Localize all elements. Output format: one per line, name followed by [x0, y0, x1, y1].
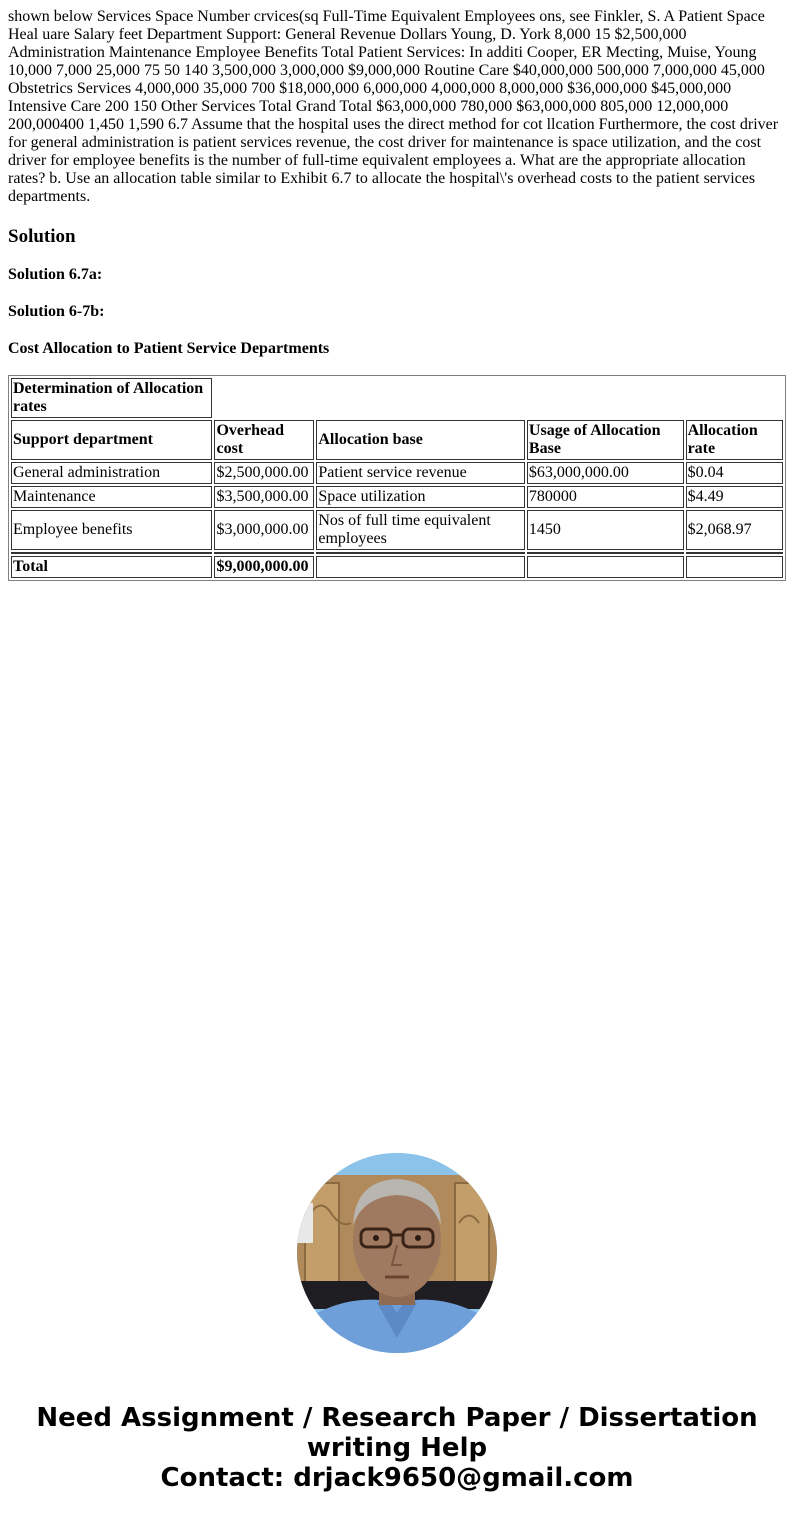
separator-cell [11, 552, 212, 554]
header-overhead-cost: Overhead cost [214, 420, 314, 460]
avatar [297, 1153, 497, 1353]
header-allocation-base: Allocation base [316, 420, 525, 460]
table-row: Maintenance $3,500,000.00 Space utilizat… [11, 486, 783, 508]
table-header-row: Support department Overhead cost Allocat… [11, 420, 783, 460]
empty-cell [214, 378, 783, 418]
header-usage-of-allocation-base: Usage of Allocation Base [527, 420, 684, 460]
table-caption: Determination of Allocation rates [11, 378, 212, 418]
cell-usage: 780000 [527, 486, 684, 508]
table-caption-row: Determination of Allocation rates [11, 378, 783, 418]
cell-total-empty [686, 556, 783, 578]
cell-allocation-base: Nos of full time equivalent employees [316, 510, 525, 550]
separator-cell [316, 552, 525, 554]
cell-support-department: Employee benefits [11, 510, 212, 550]
cell-allocation-base: Patient service revenue [316, 462, 525, 484]
table-row: General administration $2,500,000.00 Pat… [11, 462, 783, 484]
table-heading: Cost Allocation to Patient Service Depar… [8, 339, 786, 359]
table-total-row: Total $9,000,000.00 [11, 556, 783, 578]
cell-allocation-base: Space utilization [316, 486, 525, 508]
cell-allocation-rate: $4.49 [686, 486, 783, 508]
person-photo-icon [297, 1153, 497, 1353]
separator-cell [686, 552, 783, 554]
cell-total-empty [527, 556, 684, 578]
cell-overhead-cost: $2,500,000.00 [214, 462, 314, 484]
table-row: Employee benefits $3,000,000.00 Nos of f… [11, 510, 783, 550]
header-support-department: Support department [11, 420, 212, 460]
cell-total-label: Total [11, 556, 212, 578]
header-allocation-rate: Allocation rate [686, 420, 783, 460]
cell-usage: 1450 [527, 510, 684, 550]
problem-text: shown below Services Space Number crvice… [8, 8, 786, 206]
separator-cell [527, 552, 684, 554]
solution-heading: Solution [8, 226, 786, 248]
cell-support-department: General administration [11, 462, 212, 484]
solution-part-b-heading: Solution 6-7b: [8, 302, 786, 322]
promo-banner: Need Assignment / Research Paper / Disse… [0, 1403, 794, 1493]
cell-allocation-rate: $2,068.97 [686, 510, 783, 550]
solution-part-a-heading: Solution 6.7a: [8, 265, 786, 285]
allocation-table: Determination of Allocation rates Suppor… [8, 375, 786, 581]
cell-support-department: Maintenance [11, 486, 212, 508]
cell-overhead-cost: $3,000,000.00 [214, 510, 314, 550]
table-separator-row [11, 552, 783, 554]
document-content: shown below Services Space Number crvice… [0, 0, 794, 581]
cell-total-empty [316, 556, 525, 578]
cell-overhead-cost: $3,500,000.00 [214, 486, 314, 508]
cell-usage: $63,000,000.00 [527, 462, 684, 484]
promo-line-1: Need Assignment / Research Paper / Disse… [0, 1403, 794, 1433]
promo-line-2: writing Help [0, 1433, 794, 1463]
cell-allocation-rate: $0.04 [686, 462, 783, 484]
promo-contact: Contact: drjack9650@gmail.com [0, 1463, 794, 1493]
cell-total-overhead: $9,000,000.00 [214, 556, 314, 578]
separator-cell [214, 552, 314, 554]
